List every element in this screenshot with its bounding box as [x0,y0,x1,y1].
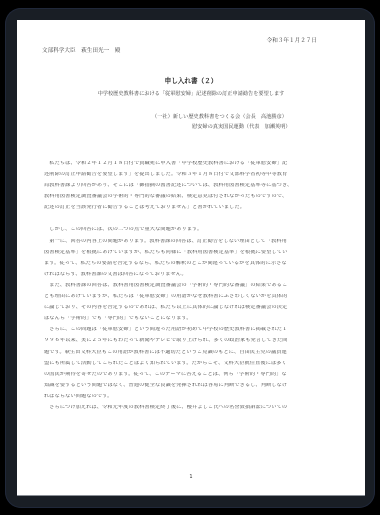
document-subtitle: 中学校歴史教科書における「従軍慰安婦」記述削除の訂正申請勧告を要望します [17,92,365,97]
text-line: さらにつけ加えれば、令和元年度の教科書検定終了後に、櫻井よしこ氏への名誉毀損訴訟… [44,405,340,416]
text-line: とも理由にあげていますが、私たちは「従軍慰安婦」の用語がなぜ教科書にふさわしくな… [44,294,340,305]
text-line: しかし、この回答には、次の二つの点で重大な問題があります。 [44,227,340,238]
text-line: ればならない問題なのです。 [44,394,340,405]
text-line: ければならず、教科書課の文書は回答になっておりません。 [44,272,340,283]
sender-organization-2: 慰安婦の真実国民運動（代表 加瀬英明） [192,125,291,130]
text-line: 盟にも所属して活動してこられたことはよく知られています。だからこそ、文科大臣就任… [44,361,340,372]
sender-organization-1: （一社）新しい歴史教科書をつくる会（会長 高池勝彦） [152,115,287,120]
paragraph: さらに、この問題は「従軍慰安婦」という間違った用語が初めて中学校の歴史教科書に掲… [44,327,340,405]
paragraph-spacer [44,216,340,227]
text-line: 知識を要するという問題ではなく、普通の健全な良識を発揮されれば容易に判断できるし… [44,383,340,394]
text-line: の国民が期待を寄せたのであります。従って、このテーマに答えることは、何ら「学術的… [44,372,340,383]
text-line: 私たちは、令和２年１２月１８日付で貴職宛に申入書「中学校歴史教科書における「従軍… [44,161,340,172]
text-line: ９９６年以来、実に２５年にもわたって新聞やテレビで取り上げられ、多くの政治家も発… [44,338,340,349]
paragraph: また、教科書課の回答は、教科書用図書検定調査審議会の「学術的・専門的な審議」の結… [44,283,340,327]
text-line: 教科用図書検定調査審議会の学術的・専門的な審議の結果、検定意見は付されなかったも… [44,194,340,205]
addressee: 文部科学大臣 萩生田光一 殿 [42,49,120,55]
text-line: 図書検定基準」を根拠にあげていますが、私たちも同様に「教科用図書検定基準」を根拠… [44,250,340,261]
text-line: はなんら「学術的」でも「専門的」でもないことになります。 [44,316,340,327]
paragraph: 私たちは、令和２年１２月１８日付で貴職宛に申入書「中学校歴史教科書における「従軍… [44,161,340,216]
text-line: ます。従って、私たちの要請を否定するなら、私たちの解釈のどこが間違っているかを具… [44,261,340,272]
paragraph: 第一に、回答の内容上の問題があります。教科書課の回答は、訂正勧告をしない理由とし… [44,239,340,283]
paragraph: さらにつけ加えれば、令和元年度の教科書検定終了後に、櫻井よしこ氏への名誉毀損訴訟… [44,405,340,416]
document-date: 令和３年１月２７日 [267,39,317,45]
text-line: 第一に、回答の内容上の問題があります。教科書課の回答は、訂正勧告をしない理由とし… [44,239,340,250]
text-line: 題です。萩生田文科大臣もこの用語が教科書には不適切だというご見識のもとに、自由民… [44,350,340,361]
text-line: 述削除の訂正申請勧告を要望します」を提出しました。令和３年１月８日付で文部科学省… [44,172,340,183]
document-page: 令和３年１月２７日 文部科学大臣 萩生田光一 殿 申し入れ書（２） 中学校歴史教… [17,20,365,496]
text-line: に論じており、その内容を否定するのであれば、私たち以上に具体的に論じなければ検定… [44,305,340,316]
paragraph: しかし、この回答には、次の二つの点で重大な問題があります。 [44,227,340,238]
document-body: 私たちは、令和２年１２月１８日付で貴職宛に申入書「中学校歴史教科書における「従軍… [44,161,340,416]
document-title: 申し入れ書（２） [17,78,365,85]
text-line: また、教科書課の回答は、教科書用図書検定調査審議会の「学術的・専門的な審議」の結… [44,283,340,294]
text-line: 局教科書課より回答があり、そこには「御指摘の図書記述については、教科用図書検定基… [44,183,340,194]
text-line: さらに、この問題は「従軍慰安婦」という間違った用語が初めて中学校の歴史教科書に掲… [44,327,340,338]
text-line: 記述の訂正を当該発行者に勧告することは考えておりません」と書かれていました。 [44,205,340,216]
page-number: 1 [17,475,365,480]
